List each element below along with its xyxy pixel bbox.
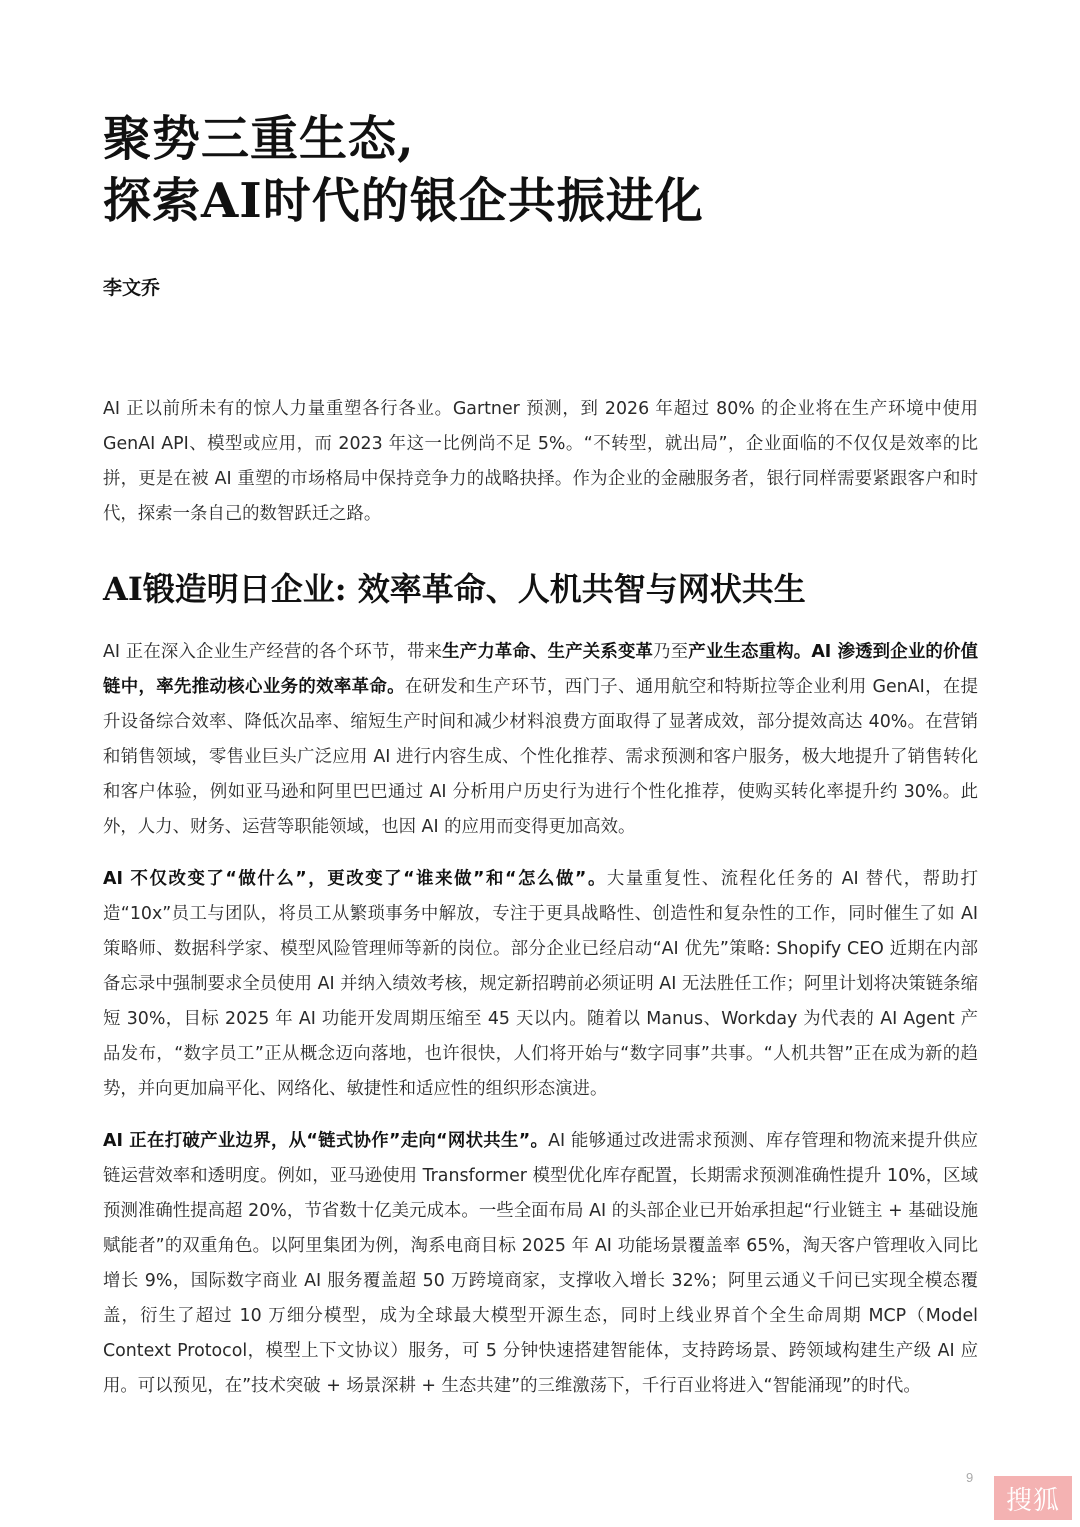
paragraph-human-ai: AI 不仅改变了“做什么”，更改变了“谁来做”和“怎么做”。大量重复性、流程化任… — [103, 862, 978, 1107]
page-number: 9 — [966, 1470, 973, 1485]
text: 大量重复性、流程化任务的 AI 替代，帮助打造“10x”员工与团队，将员工从繁琐… — [103, 869, 978, 1099]
paragraph-network: AI 正在打破产业边界，从“链式协作”走向“网状共生”。AI 能够通过改进需求预… — [103, 1124, 978, 1404]
section-heading: AI锻造明日企业: 效率革命、人机共智与网状共生 — [103, 567, 806, 611]
bold-text: AI 正在打破产业边界，从“链式协作”走向“网状共生”。 — [103, 1131, 548, 1151]
text: 乃至 — [653, 642, 688, 662]
text: AI 能够通过改进需求预测、库存管理和物流来提升供应链运营效率和透明度。例如，亚… — [103, 1131, 978, 1396]
text: 在研发和生产环节，西门子、通用航空和特斯拉等企业利用 GenAI，在提升设备综合… — [103, 677, 978, 837]
stamp-text: 搜狐 — [1006, 1480, 1060, 1517]
text: AI 正在深入企业生产经营的各个环节，带来 — [103, 642, 442, 662]
title-line-2: 探索AI时代的银企共振进化 — [103, 170, 903, 232]
bold-text: AI 不仅改变了“做什么”，更改变了“谁来做”和“怎么做”。 — [103, 869, 607, 889]
author-name: 李文乔 — [103, 273, 160, 300]
intro-paragraph: AI 正以前所未有的惊人力量重塑各行各业。Gartner 预测，到 2026 年… — [103, 392, 978, 532]
title-line-1: 聚势三重生态, — [103, 108, 903, 170]
paragraph-efficiency: AI 正在深入企业生产经营的各个环节，带来生产力革命、生产关系变革乃至产业生态重… — [103, 635, 978, 845]
document-page: 聚势三重生态, 探索AI时代的银企共振进化 李文乔 AI 正以前所未有的惊人力量… — [0, 0, 1080, 1527]
watermark-stamp-icon: 搜狐 — [994, 1476, 1072, 1520]
page-title: 聚势三重生态, 探索AI时代的银企共振进化 — [103, 108, 903, 232]
bold-text: 生产力革命、生产关系变革 — [442, 642, 653, 662]
